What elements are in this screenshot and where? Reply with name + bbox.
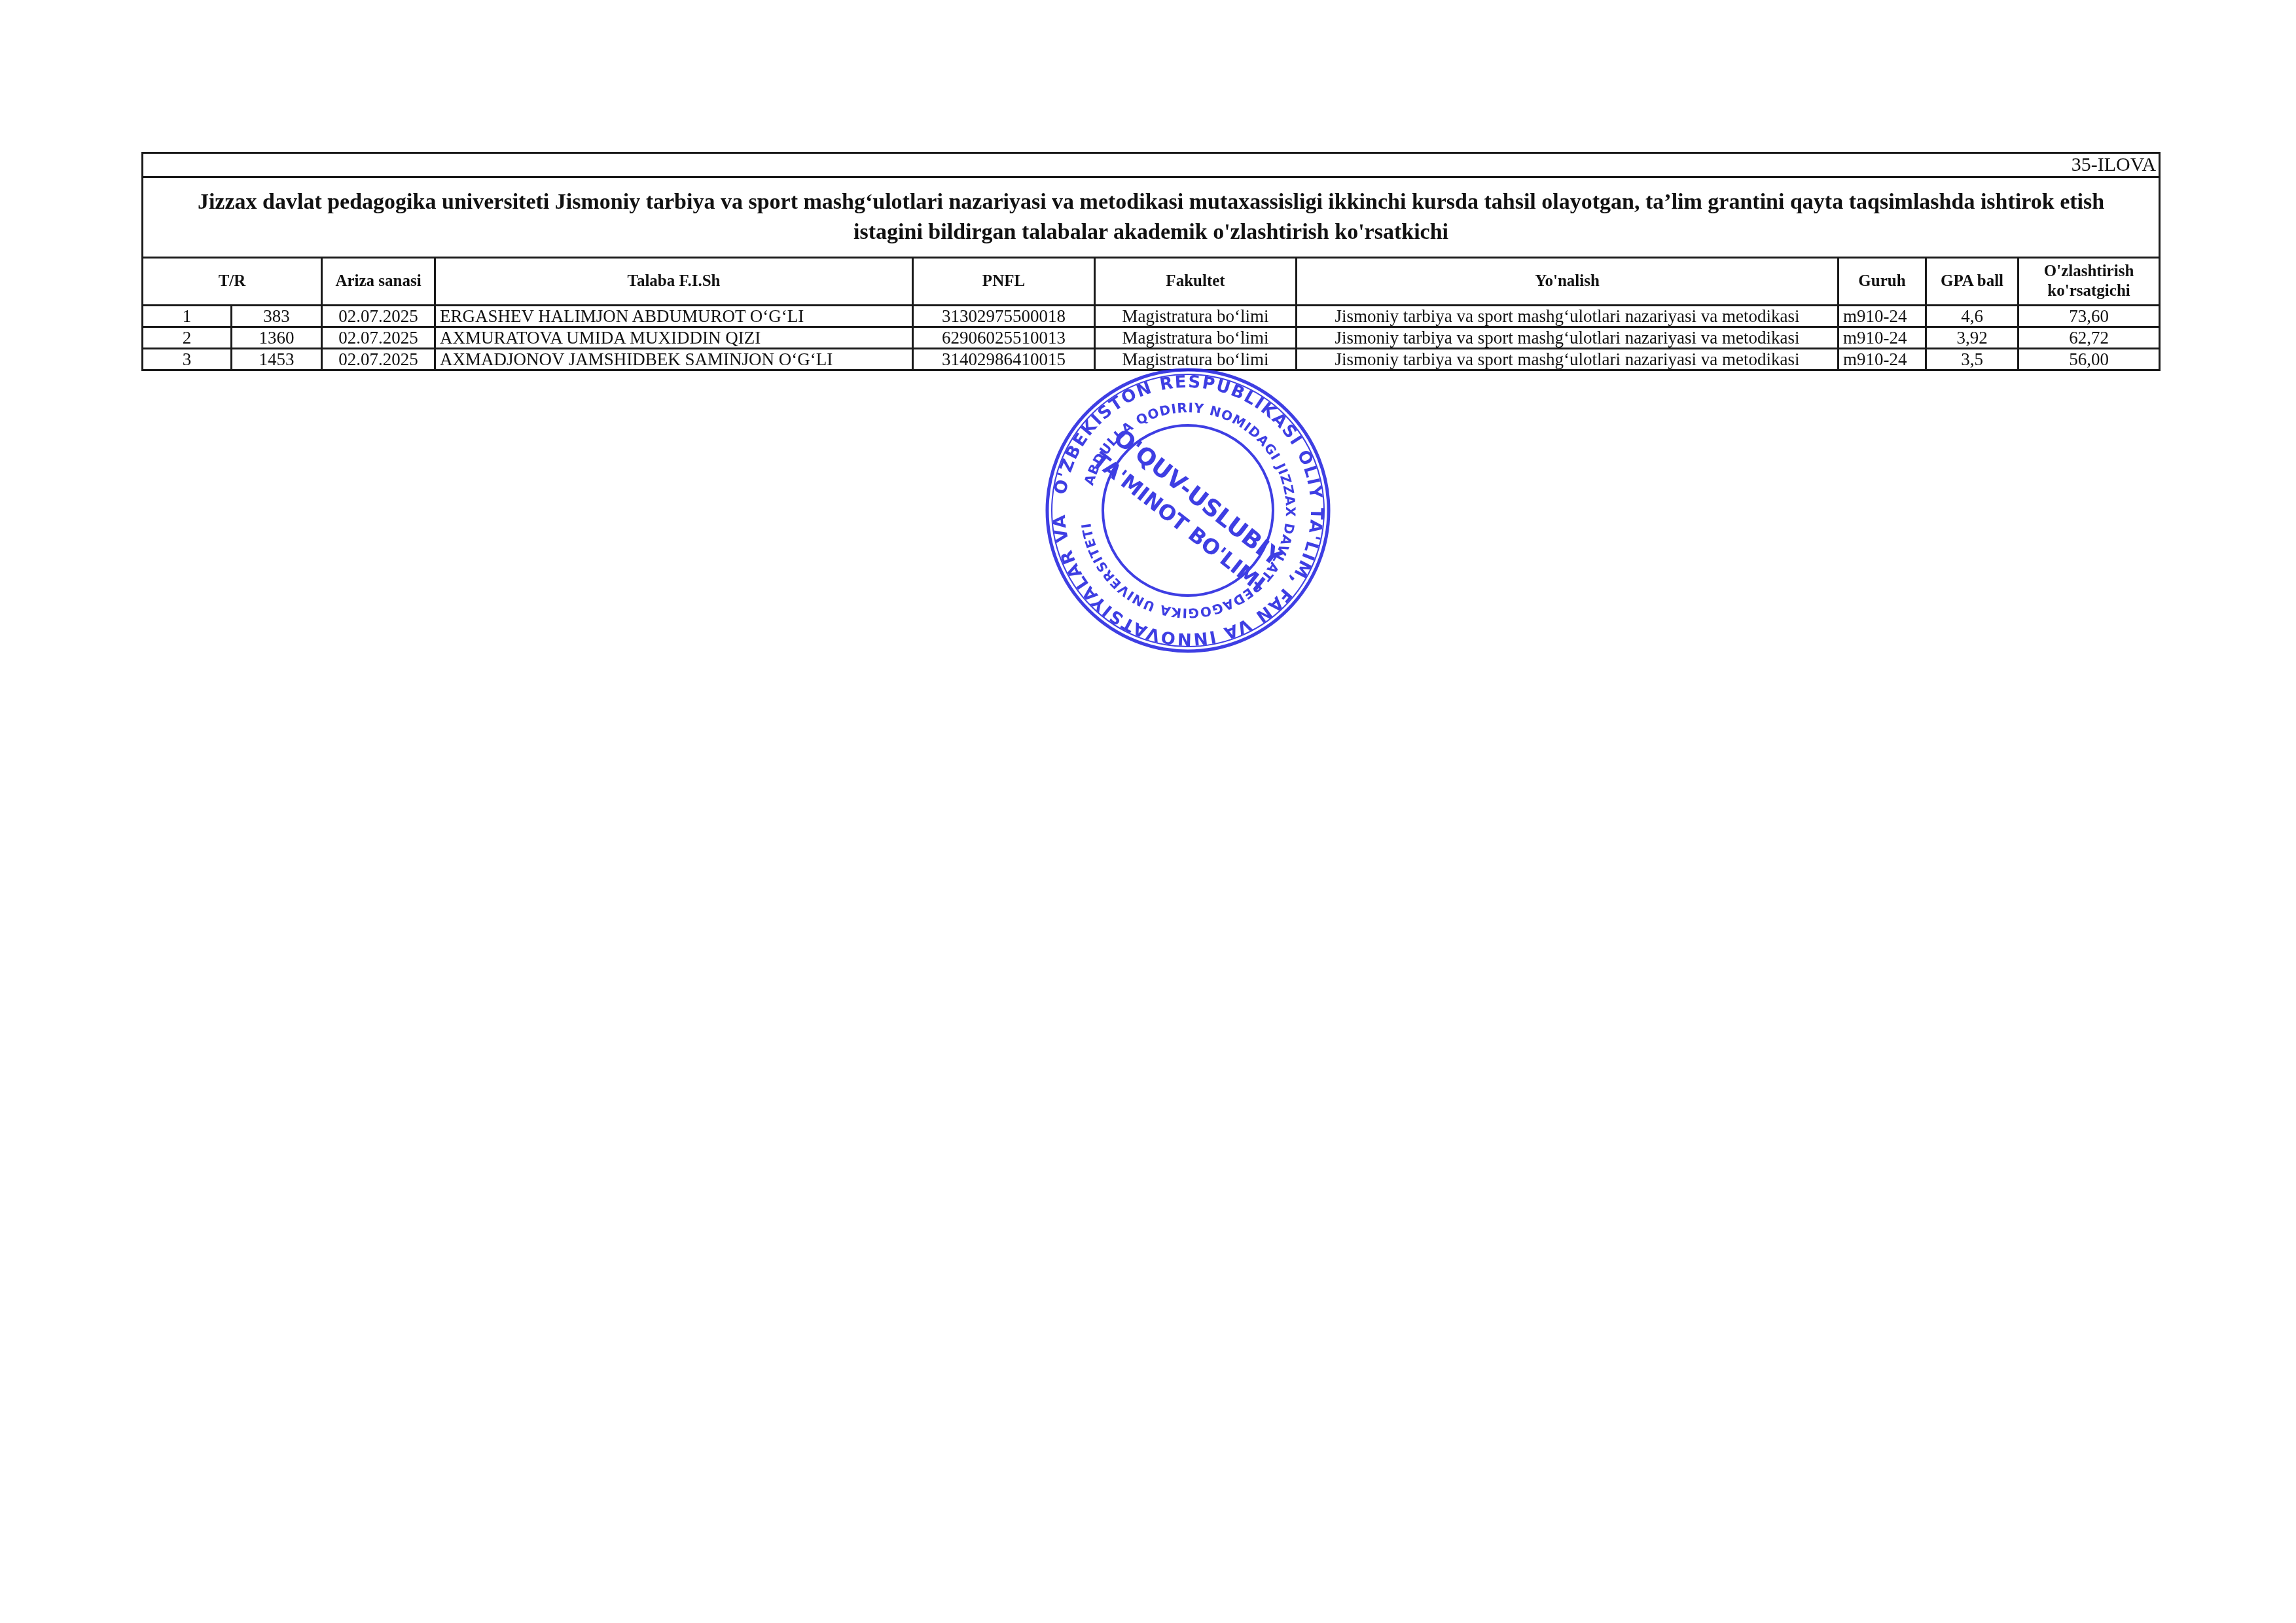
cell-gpa: 3,92 (1926, 327, 2018, 349)
cell-gpa: 3,5 (1926, 349, 2018, 370)
svg-text:ABDULLA QODIRIY NOMIDAGI JIZZA: ABDULLA QODIRIY NOMIDAGI JIZZAX DAVLAT P… (1078, 400, 1299, 621)
document-sheet: 35-ILOVA Jizzax davlat pedagogika univer… (141, 152, 2159, 371)
cell-date: 02.07.2025 (322, 306, 435, 327)
cell-date: 02.07.2025 (322, 349, 435, 370)
cell-ozlashtirish: 73,60 (2018, 306, 2160, 327)
cell-ozlashtirish: 62,72 (2018, 327, 2160, 349)
cell-ozlashtirish: 56,00 (2018, 349, 2160, 370)
cell-fakultet: Magistratura bo‘limi (1095, 306, 1297, 327)
cell-name: AXMADJONOV JAMSHIDBEK SAMINJON O‘G‘LI (435, 349, 913, 370)
cell-number: 3 (143, 349, 232, 370)
stamp-inner-text: ABDULLA QODIRIY NOMIDAGI JIZZAX DAVLAT P… (1078, 400, 1299, 621)
table-row: 2 1360 02.07.2025 AXMURATOVA UMIDA MUXID… (143, 327, 2160, 349)
header-talaba: Talaba F.I.Sh (435, 258, 913, 306)
cell-guruh: m910-24 (1839, 327, 1926, 349)
header-gpa: GPA ball (1926, 258, 2018, 306)
header-tr: T/R (143, 258, 322, 306)
appendix-label: 35-ILOVA (143, 153, 2160, 177)
cell-id: 1453 (232, 349, 322, 370)
cell-yonalish: Jismoniy tarbiya va sport mashg‘ulotlari… (1297, 349, 1839, 370)
table-row: 1 383 02.07.2025 ERGASHEV HALIMJON ABDUM… (143, 306, 2160, 327)
cell-pnfl: 31302975500018 (913, 306, 1095, 327)
results-table: 35-ILOVA Jizzax davlat pedagogika univer… (141, 152, 2161, 371)
header-ozlashtirish: O'zlashtirish ko'rsatgichi (2018, 258, 2160, 306)
document-title: Jizzax davlat pedagogika universiteti Ji… (143, 177, 2160, 258)
cell-fakultet: Magistratura bo‘limi (1095, 327, 1297, 349)
header-guruh: Guruh (1839, 258, 1926, 306)
cell-number: 1 (143, 306, 232, 327)
cell-date: 02.07.2025 (322, 327, 435, 349)
cell-yonalish: Jismoniy tarbiya va sport mashg‘ulotlari… (1297, 306, 1839, 327)
cell-number: 2 (143, 327, 232, 349)
cell-pnfl: 62906025510013 (913, 327, 1095, 349)
table-header-row: T/R Ariza sanasi Talaba F.I.Sh PNFL Faku… (143, 258, 2160, 306)
cell-guruh: m910-24 (1839, 306, 1926, 327)
cell-name: ERGASHEV HALIMJON ABDUMUROT O‘G‘LI (435, 306, 913, 327)
cell-yonalish: Jismoniy tarbiya va sport mashg‘ulotlari… (1297, 327, 1839, 349)
header-yonalish: Yo'nalish (1297, 258, 1839, 306)
cell-id: 1360 (232, 327, 322, 349)
cell-name: AXMURATOVA UMIDA MUXIDDIN QIZI (435, 327, 913, 349)
official-stamp: O'ZBEKISTON RESPUBLIKASI OLIY TA'LIM, FA… (1041, 363, 1335, 658)
cell-guruh: m910-24 (1839, 349, 1926, 370)
cell-gpa: 4,6 (1926, 306, 2018, 327)
cell-id: 383 (232, 306, 322, 327)
header-fakultet: Fakultet (1095, 258, 1297, 306)
stamp-seal-icon: O'ZBEKISTON RESPUBLIKASI OLIY TA'LIM, FA… (1041, 363, 1335, 658)
header-pnfl: PNFL (913, 258, 1095, 306)
header-ariza-sanasi: Ariza sanasi (322, 258, 435, 306)
